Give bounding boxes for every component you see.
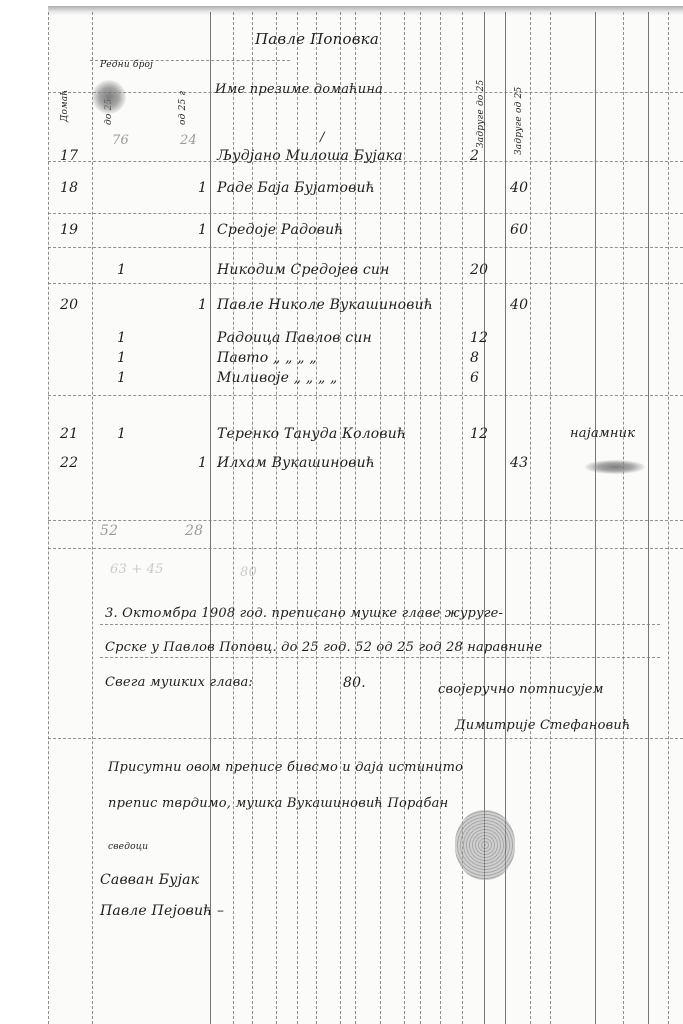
fingerprint-stamp (455, 810, 515, 880)
header-household: Домаћ (60, 90, 70, 122)
row-under25: 1 (117, 370, 126, 386)
row-age-over25: 43 (510, 455, 528, 471)
row-household: 20 (60, 297, 78, 313)
grid-vertical-line (505, 12, 506, 1024)
row-name: Павле Николе Вукашиновић (217, 297, 433, 313)
row-age-under25: 8 (470, 350, 479, 366)
header-row-number: Редни број (100, 60, 153, 70)
row-age-over25: 40 (510, 297, 528, 313)
statement-total: 80. (343, 675, 366, 691)
row-name: Никодим Средојев син (217, 262, 390, 278)
row-over25: 1 (198, 222, 207, 238)
grid-vertical-line (550, 12, 551, 1024)
row-over25: 1 (198, 180, 207, 196)
row-name: Радоица Павлов син (217, 330, 372, 346)
grid-vertical-line (210, 12, 211, 1024)
row-household: 18 (60, 180, 78, 196)
row-age-over25: 40 (510, 180, 528, 196)
header-col-over25: Задруге од 25 (514, 87, 524, 155)
witness-line-2: препис тврдимо, мушка Вукашиновић Пораба… (108, 796, 448, 811)
grid-horizontal-line (48, 247, 683, 248)
row-under25: 1 (117, 262, 126, 278)
row-age-under25: 2 (470, 148, 479, 164)
grid-vertical-line (48, 12, 49, 1024)
witness-line-3: сведоци (108, 842, 148, 852)
statement-signature: Димитрије Стефановић (455, 718, 631, 733)
header-name: Име презиме домаћина (215, 82, 383, 97)
grid-vertical-line (623, 12, 624, 1024)
signatory-1: Савван Бујак (100, 872, 199, 888)
row-name: Средоје Радовић (217, 222, 344, 238)
grid-vertical-line (668, 12, 669, 1024)
grid-vertical-line (462, 12, 463, 1024)
row-household: 21 (60, 426, 78, 442)
row-household: 17 (60, 148, 78, 164)
header-col-under25: Задруге до 25 (476, 80, 486, 148)
ink-smear (585, 460, 645, 474)
row-name: Раде Баја Бујатовић (217, 180, 375, 196)
row-household: 22 (60, 455, 78, 471)
grid-vertical-line (595, 12, 596, 1024)
row-age-under25: 6 (470, 370, 479, 386)
grid-vertical-line (420, 12, 421, 1024)
row-over25: 1 (198, 297, 207, 313)
row-name: Теренко Тануда Коловић (217, 426, 406, 442)
row-under25: 1 (117, 350, 126, 366)
grid-horizontal-line (100, 624, 660, 625)
grid-vertical-line (648, 12, 649, 1024)
signatory-2: Павле Пејовић – (100, 903, 224, 919)
header-mark-24: 24 (180, 133, 197, 148)
row-name: Миливоје „ „ „ „ (217, 370, 338, 386)
row-under25: 1 (117, 426, 126, 442)
row-name: Људјано Милоша Бујака (217, 148, 403, 164)
statement-line-3: Свега мушких глава: (105, 675, 253, 690)
statement-signed: својеручно потписујем (438, 682, 604, 697)
header-mark-slash: / (320, 130, 325, 145)
row-age-under25: 20 (470, 262, 488, 278)
grid-horizontal-line (48, 520, 683, 521)
row-under25: 1 (117, 330, 126, 346)
total-under25: 52 (100, 523, 118, 539)
grid-vertical-line (440, 12, 441, 1024)
row-age-over25: 60 (510, 222, 528, 238)
row-age-under25: 12 (470, 330, 488, 346)
total-over25: 28 (185, 523, 203, 539)
row-age-under25: 12 (470, 426, 488, 442)
grid-vertical-line (404, 12, 405, 1024)
faint-total: 80 (240, 565, 257, 580)
row-note: најамник (570, 426, 635, 441)
row-name: Илхам Вукашиновић (217, 455, 375, 471)
grid-horizontal-line (100, 657, 660, 658)
grid-horizontal-line (48, 738, 683, 739)
statement-line-1: 3. Октомбра 1908 год. преписано мушке гл… (105, 606, 503, 621)
torn-top-edge (48, 6, 683, 16)
row-over25: 1 (198, 455, 207, 471)
statement-line-2: Срске у Павлов Поповц. до 25 год. 52 од … (105, 640, 542, 655)
header-over25: од 25 г (178, 91, 188, 125)
grid-horizontal-line (48, 395, 683, 396)
ink-smudge (92, 80, 126, 114)
grid-horizontal-line (48, 213, 683, 214)
grid-vertical-line (530, 12, 531, 1024)
grid-horizontal-line (48, 548, 683, 549)
faint-sum: 63 + 45 (110, 562, 164, 577)
header-mark-76: 76 (112, 133, 129, 148)
row-household: 19 (60, 222, 78, 238)
witness-line-1: Присутни овом преписе бивсмо и даја исти… (108, 760, 463, 775)
grid-vertical-line (92, 12, 93, 1024)
grid-horizontal-line (48, 283, 683, 284)
row-name: Павто „ „ „ „ (217, 350, 317, 366)
page-title: Павле Поповка (255, 30, 379, 48)
